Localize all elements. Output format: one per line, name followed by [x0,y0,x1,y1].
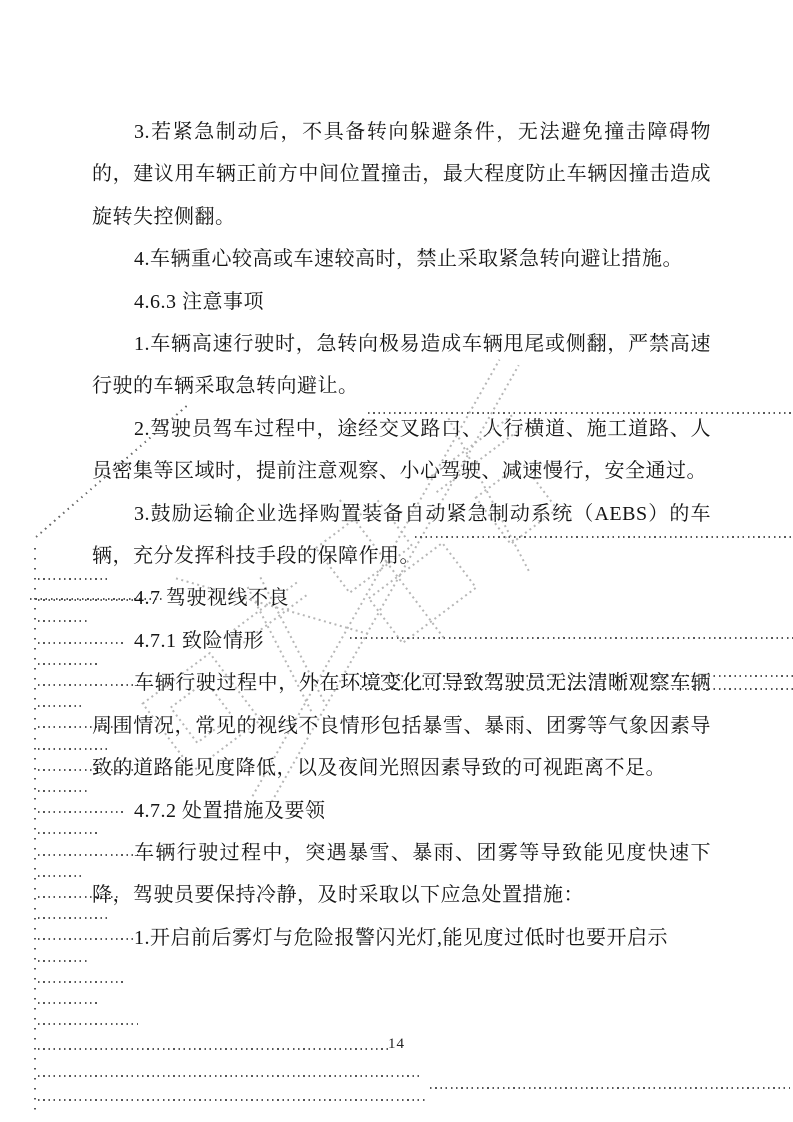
body-paragraph: 车辆行驶过程中，突遇暴雪、暴雨、团雾等导致能见度快速下降，驾驶员要保持冷静，及时… [92,832,711,917]
page-number: 14 [0,1036,793,1053]
dotted-line-artifact [38,1099,428,1101]
section-heading: 4.7.2 处置措施及要领 [92,790,711,832]
dotted-line-artifact [38,832,98,834]
dotted-line-artifact [38,1023,138,1025]
section-heading: 4.7.1 致险情形 [92,620,711,662]
dotted-column-artifact [34,548,36,1110]
dotted-line-artifact [38,1075,423,1077]
body-paragraph: 1.车辆高速行驶时，急转向极易造成车辆甩尾或侧翻，严禁高速行驶的车辆采取急转向避… [92,323,711,408]
body-paragraph: 2.驾驶员驾车过程中，途经交叉路口、人行横道、施工道路、人员密集等区域时，提前注… [92,408,711,493]
dotted-line-artifact [38,875,83,877]
dotted-line-artifact [38,705,83,707]
body-paragraph: 1.开启前后雾灯与危险报警闪光灯,能见度过低时也要开启示 [92,917,711,959]
section-heading: 4.6.3 注意事项 [92,281,711,323]
dotted-line-artifact [38,620,88,622]
text-block: 3.若紧急制动后，不具备转向躲避条件，无法避免撞击障碍物的，建议用车辆正前方中间… [92,111,711,959]
section-heading: 4.7 驾驶视线不良 [92,577,711,619]
dotted-line-artifact [430,1087,790,1089]
dotted-line-artifact [38,663,98,665]
dotted-line-artifact [38,960,88,962]
body-paragraph: 车辆行驶过程中，外在环境变化可导致驾驶员无法清晰观察车辆周围情况，常见的视线不良… [92,662,711,789]
body-paragraph: 4.车辆重心较高或车速较高时，禁止采取紧急转向避让措施。 [92,238,711,280]
document-page: 3.若紧急制动后，不具备转向躲避条件，无法避免撞击障碍物的，建议用车辆正前方中间… [0,0,793,1122]
body-paragraph: 3.鼓励运输企业选择购置装备自动紧急制动系统（AEBS）的车辆，充分发挥科技手段… [92,493,711,578]
dotted-line-artifact [38,981,123,983]
dotted-line-artifact [38,790,88,792]
body-paragraph: 3.若紧急制动后，不具备转向躲避条件，无法避免撞击障碍物的，建议用车辆正前方中间… [92,111,711,238]
dotted-line-artifact [38,1002,98,1004]
